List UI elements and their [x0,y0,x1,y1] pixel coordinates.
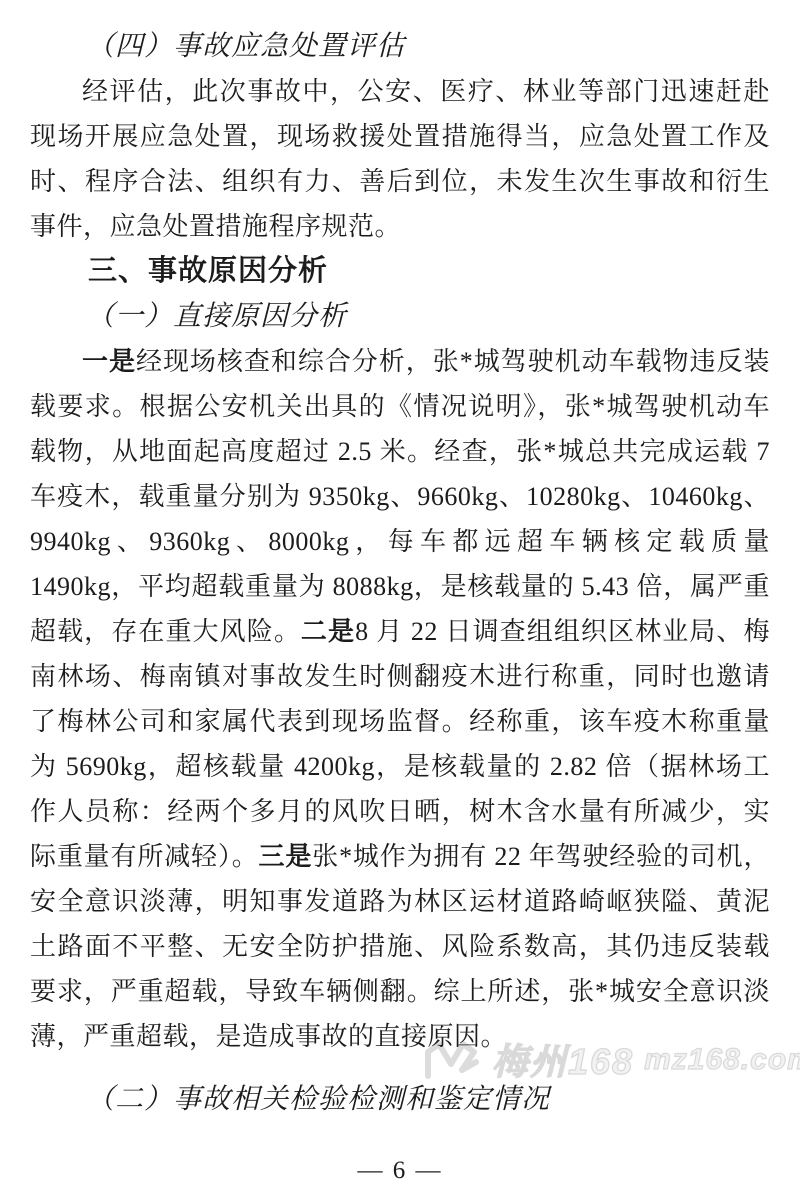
section-heading-direct-cause-analysis: （一）直接原因分析 [30,294,770,339]
paragraph-emergency-response-evaluation: 经评估，此次事故中，公安、医疗、林业等部门迅速赶赴现场开展应急处置，现场救援处置… [30,69,770,249]
text-segment: 张*城作为拥有 22 年驾驶经验的司机，安全意识淡薄，明知事发道路为林区运材道路… [30,842,770,1051]
text-segment: 二是 [301,616,355,646]
document-content: （四）事故应急处置评估经评估，此次事故中，公安、医疗、林业等部门迅速赶赴现场开展… [30,24,770,1122]
document-page: （四）事故应急处置评估经评估，此次事故中，公安、医疗、林业等部门迅速赶赴现场开展… [0,0,800,1193]
text-segment: 经现场核查和综合分析，张*城驾驶机动车载物违反装载要求。根据公安机关出具的《情况… [30,347,770,646]
text-segment: （二）事故相关检验检测和鉴定情况 [86,1084,550,1115]
section-heading-inspection-and-appraisal: （二）事故相关检验检测和鉴定情况 [30,1077,770,1122]
section-heading-emergency-response-evaluation: （四）事故应急处置评估 [30,24,770,69]
page-number: — 6 — [0,1148,800,1193]
text-segment: 经评估，此次事故中，公安、医疗、林业等部门迅速赶赴现场开展应急处置，现场救援处置… [30,77,770,241]
text-segment: 三是 [259,841,313,871]
text-segment: 三、事故原因分析 [88,255,328,287]
text-segment: （一）直接原因分析 [86,301,347,332]
text-segment: 一是 [82,346,136,376]
paragraph-direct-cause-analysis: 一是经现场核查和综合分析，张*城驾驶机动车载物违反装载要求。根据公安机关出具的《… [30,339,770,1059]
text-segment: （四）事故应急处置评估 [86,31,405,62]
section-heading-accident-cause-analysis: 三、事故原因分析 [30,249,770,294]
text-segment: 8 月 22 日调查组组织区林业局、梅南林场、梅南镇对事故发生时侧翻疫木进行称重… [30,617,770,871]
